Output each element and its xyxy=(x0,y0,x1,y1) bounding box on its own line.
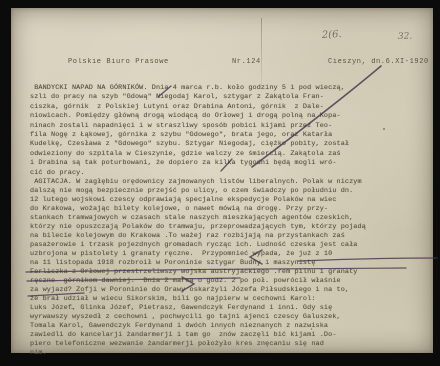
document-header: Polskie Biuro Prasowe Nr.124 Cieszyn, dn… xyxy=(11,58,433,70)
paragraph-bandit-attack: BANDYCKI NAPAD NA GÓRNIKÓW. Dnia 4 marca… xyxy=(30,84,349,178)
paper-sheet: Polskie Biuro Prasowe Nr.124 Cieszyn, dn… xyxy=(11,8,433,353)
paragraph-agitation: AGITACJA. W zagłębiu orędownicy zajmowan… xyxy=(30,178,366,358)
office-name: Polskie Biuro Prasowe xyxy=(68,58,169,66)
paper-speck xyxy=(383,128,385,130)
scanned-document-screenshot: Polskie Biuro Prasowe Nr.124 Cieszyn, dn… xyxy=(0,0,440,366)
document-number: Nr.124 xyxy=(232,58,261,66)
dateline: Cieszyn, dn.6.XI-1920 xyxy=(328,58,429,66)
